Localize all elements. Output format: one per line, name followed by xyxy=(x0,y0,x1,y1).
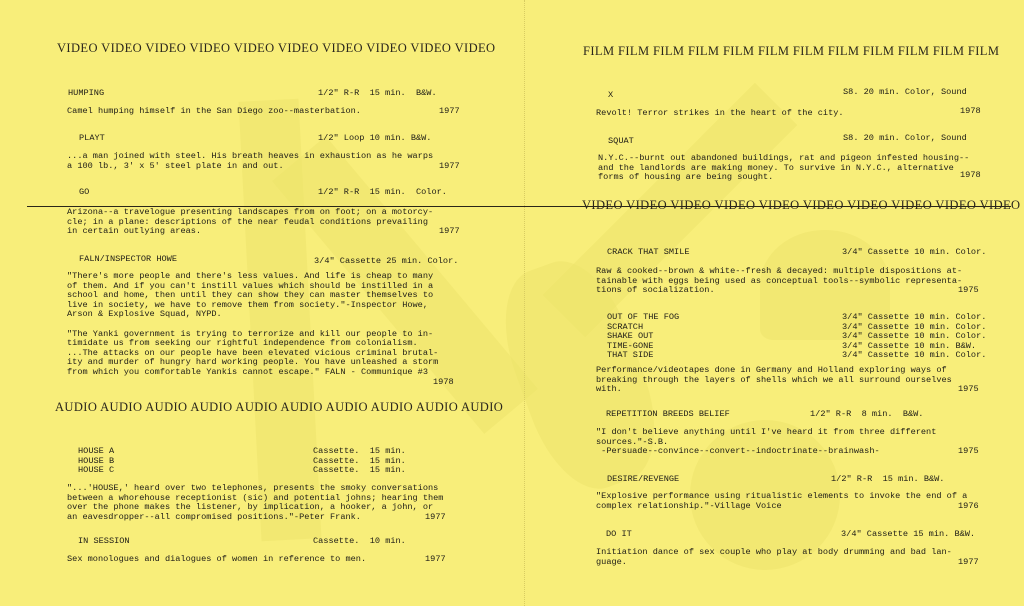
entry-desc: Arizona--a travelogue presenting landsca… xyxy=(67,208,477,237)
entry-desc: Revolt! Terror strikes in the heart of t… xyxy=(596,109,1006,119)
entry-desc: "...'HOUSE,' heard over two telephones, … xyxy=(67,484,477,522)
entry-desc: Performance/videotapes done in Germany a… xyxy=(596,366,1006,395)
list-item: HOUSE BCassette. 15 min. xyxy=(78,457,478,467)
list-item: HOUSE CCassette. 15 min. xyxy=(78,466,478,476)
video-heading: VIDEO VIDEO VIDEO VIDEO VIDEO VIDEO VIDE… xyxy=(57,41,496,56)
entry-crack-that-smile: CRACK THAT SMILE 3/4" Cassette 10 min. C… xyxy=(607,248,1007,258)
entry-desc: "Explosive performance using ritualistic… xyxy=(596,492,1006,511)
entry-repetition: REPETITION BREEDS BELIEF 1/2" R-R 8 min.… xyxy=(606,410,1006,420)
list-item: HOUSE ACassette. 15 min. xyxy=(78,447,478,457)
entry-title: HUMPING xyxy=(68,88,104,98)
entry-desire-revenge: DESIRE/REVENGE 1/2" R-R 15 min. B&W. xyxy=(607,475,1007,485)
entry-desc: Camel humping himself in the San Diego z… xyxy=(67,107,467,117)
entry-x: X S8. 20 min. Color, Sound xyxy=(608,91,1008,101)
entry-do-it: DO IT 3/4" Cassette 15 min. B&W. xyxy=(606,530,1006,540)
entry-squat: SQUAT S8. 20 min. Color, Sound xyxy=(608,137,1008,147)
entry-desc: ...a man joined with steel. His breath h… xyxy=(67,152,477,171)
entry-playt: PLAYT 1/2" Loop 10 min. B&W. xyxy=(79,134,479,144)
entry-faln: FALN/INSPECTOR HOWE 3/4" Cassette 25 min… xyxy=(79,255,479,265)
audio-heading: AUDIO AUDIO AUDIO AUDIO AUDIO AUDIO AUDI… xyxy=(55,400,503,415)
video-group: OUT OF THE FOG3/4" Cassette 10 min. Colo… xyxy=(607,313,1007,361)
entry-desc: N.Y.C.--burnt out abandoned buildings, r… xyxy=(598,154,1008,183)
film-heading: FILM FILM FILM FILM FILM FILM FILM FILM … xyxy=(583,44,999,59)
list-item: THAT SIDE3/4" Cassette 10 min. Color. xyxy=(607,351,1007,361)
entry-spec: 1/2" R-R 15 min. B&W. xyxy=(318,89,437,99)
entry-desc: Sex monologues and dialogues of women in… xyxy=(67,555,477,565)
entry-desc: Initiation dance of sex couple who play … xyxy=(596,548,1006,567)
entry-humping: HUMPING 1/2" R-R 15 min. B&W. xyxy=(68,89,473,99)
page-fold xyxy=(524,0,526,606)
entry-go: GO 1/2" R-R 15 min. Color. xyxy=(79,188,479,198)
entry-desc: "There's more people and there's less va… xyxy=(67,272,477,378)
video-heading-right: VIDEO VIDEO VIDEO VIDEO VIDEO VIDEO VIDE… xyxy=(582,198,1021,213)
entry-in-session: IN SESSION Cassette. 10 min. xyxy=(78,537,478,547)
audio-group: HOUSE ACassette. 15 min. HOUSE BCassette… xyxy=(78,447,478,476)
entry-desc: Raw & cooked--brown & white--fresh & dec… xyxy=(596,267,1006,296)
entry-desc: "I don't believe anything until I've hea… xyxy=(596,428,1006,457)
